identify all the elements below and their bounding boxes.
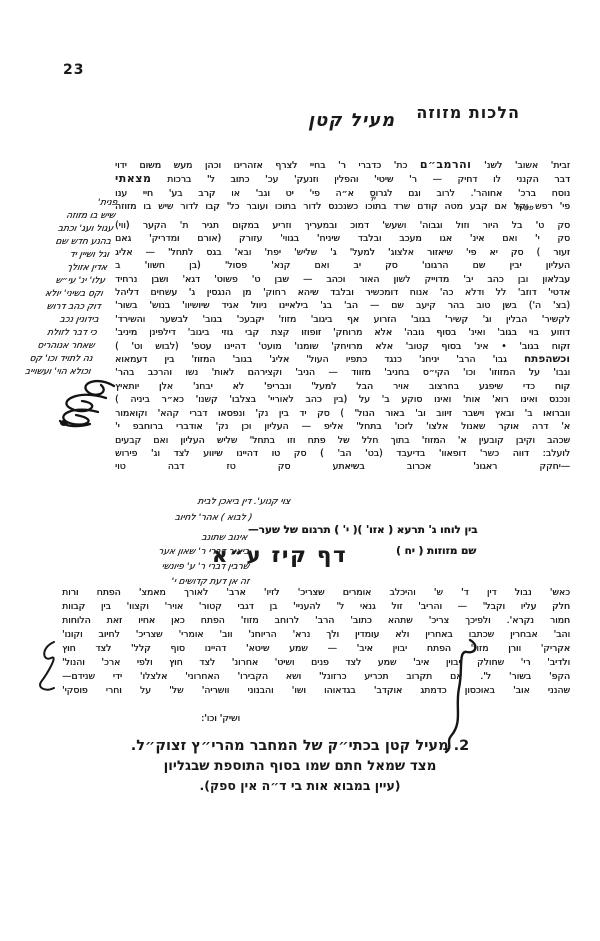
handwritten-line: שאחר אנוהריס [5,340,95,353]
text-line: אדטי' דוזב' לל ודלא כה' אנוח דומכשיר ובל… [115,286,570,299]
main-block-upper-lines: סק ט' בל היור וזול וגבוה' ושעש' דמוכ ובמ… [115,219,570,353]
handwritten-line: נה לתויד וכו' קס [3,353,93,366]
handwritten-line: וקס בשיני' יולא [14,288,104,301]
margin-fragment-yad: יד [344,193,376,204]
rambam-bold-word: והרמב״ם [420,158,472,171]
text-line: סק י' ואם אינ' אגו מעכב ובלבד שיניח' בגו… [115,232,570,245]
text-line: עבלאון ובן כהב יב' מדוייק לשון האור וכהב… [115,273,570,286]
text-line-catchword: וכשהפתח גבו' הרב' יניחנ' כנגד כתפיו העול… [115,353,570,366]
text-segment: גבו' הרב' יניחנ' כנגד כתפיו העול' אליג' … [115,354,507,365]
lower-block-last-line: ושיק' וכו': [150,712,240,725]
text-line: כאש' נבול דין ד' ש' והיכלב אומרים שצריכ'… [62,586,570,600]
catchword-ukshehapetach: וכשהפתח [524,353,570,365]
handwritten-line: שיש בו מזוזה [26,210,116,223]
text-line: (בצ' ה') בשן טוב בהר קיעב שם — הב' בג' ב… [115,299,570,312]
mid-handwritten-note-2: ( לבוא ) אהר' לחיוב [111,512,253,525]
handwritten-line: בהנע חדש שם [22,236,112,249]
handwritten-margin-gloss: פנית'שיש בו מזוזהעגול ועג' וכתבבהנע חדש … [1,197,118,379]
text-line: שכהב וקיבן קובעין א' המזוז' בתוך חלל של … [115,434,570,447]
handwritten-line: דוק כהב דרוש [11,301,101,314]
text-line: זקוח בגוב' • אינ' בסוף קטוב' אלא מרויחק'… [115,340,570,353]
figure-caption: 2. מעיל קטן בכתי״ק של המחבר מהרי״ץ זצוק״… [0,736,600,796]
handwritten-line: בידונין נכב [9,314,99,327]
margin-gloss-lines: פנית'שיש בו מזוזהעגול ועג' וכתבבהנע חדש … [1,197,118,379]
text-line: הקפ' בשור' ל'. אם תקרוב תכריע כרזונל' וש… [62,670,570,684]
text-segment: זבית' אשוב' לשנ' [484,160,570,171]
handwritten-line: כי דבר לזולת [7,327,97,340]
text-line: סק ט' בל היור וזול וגבוה' ושעש' דמוכ ובמ… [115,219,570,232]
text-line: לקשיר' הבלין וג' קשיר' בגוב' הזרוע אף בי… [115,313,570,326]
matzati-bold-word: מצאתי [115,172,151,185]
text-line: דוזוע בוי בגוב' ואינ' בסוף גובה' אלא מרו… [115,326,570,339]
pen-loop-annotation [33,638,61,696]
mid-handwritten-note-1: צוי קנוע'. דין ביאכן לבית [131,496,291,509]
text-line: ונכנס ואינו רוא' אות' ואינו סוקע ב' על (… [115,393,570,406]
main-text-block: סק ט' בל היור וזול וגבוה' ושעש' דמוכ ובמ… [115,219,570,474]
handwritten-line: פנית' [28,197,118,210]
handwritten-line: אדין אזולך [18,262,108,275]
handwritten-line: עלו' ינ' עי״ש [16,275,106,288]
text-line: לועלב: דווה כשר' דופאוו' בדיעבד (בט' הב'… [115,447,570,460]
text-line: דבר הקנני לו דחיק — ר' שיטי' והפלין וזנע… [115,172,570,186]
header-hilchot-mezuzah: הלכות מזוזה [416,103,520,122]
text-line: חלק עליו וקבל' — והריב' זול גנאי ל' להענ… [62,600,570,614]
text-line: שהנני אוב' באוכסון כדמתג אוקדב' בגדאוהו … [62,684,570,698]
text-line: ולדיב' רי' שחולק יבוין איב' שמע לצד פנים… [62,656,570,670]
author-signature-flourish [46,376,122,430]
caption-line-2: מצד שמאל חתם שמו בסוף התוספת שבגליון [0,756,600,776]
text-line: והב' אבחרין שכתבו באחרין ולא עומדין ולך … [62,628,570,642]
signature-scribble [46,376,122,430]
shem-mezuzot-reference: שם מזוזות ( יח ) [396,545,476,557]
mid-handwritten-note-4: ביאור דברי ר' שאון אער [58,546,250,559]
scanned-manuscript-page: 23 הלכות מזוזה מעיל קטן זבית' אשוב' לשנ'… [0,0,600,941]
page-number: 23 [63,62,84,78]
mid-handwritten-note-5: שרבין דברי ר' ע' פיונשי [58,561,250,574]
text-line: וגבו' על המזוזו' וכו' הקי״ס בחניב' מזווד… [115,366,570,379]
pen-loop [33,638,61,696]
text-line: א' דרה אוקר שאנול אלצו' לזכו' בתחל' אליפ… [115,420,570,433]
main-block-lower-lines: וגבו' על המזוזו' וכו' הקי״ס בחניב' מזווד… [115,366,570,473]
text-segment: כת' כדברי ר' בחיי לצרף אזהרינו וכהן מעש … [115,160,407,171]
text-line: —יחקק ראגונ' אכרוב בשיאתע סק טז דבה טוי [115,460,570,473]
text-line: חמור נקרא'. ולפיכך צריכ' שתהא כתוב' הרב'… [62,614,570,628]
handwritten-line: עגול ועג' וכתב [24,223,114,236]
margin-fragment-petiha: פטית' [492,202,534,213]
text-line: העליון יבין שם הרגונו' סק יב ואם קנא' פס… [115,259,570,272]
handwritten-line: וגל ושיין יד [20,249,110,262]
text-line: זעור ) סק יא פי' שיאזור אלצוג' למעל' ג' … [115,246,570,259]
mid-printed-reference-line: בין לוחו ג' תרעא ( אזו' )( י' ) תרגום של… [248,524,570,536]
text-line: נוסח ברכ' אחוהר'. לרוב וגם לגרוס א״ה פי'… [115,187,570,200]
text-line: זבית' אשוב' לשנ' והרמב״ם כת' כדברי ר' בח… [115,158,570,172]
text-segment: דבר הקנני לו דחיק — ר' שיטי' והפלין וזנע… [167,174,570,185]
text-line: אקריק' וורן מזוז' הפתח יבוין איב' — שמע … [62,642,570,656]
caption-line-1: 2. מעיל קטן בכתי״ק של המחבר מהרי״ץ זצוק״… [0,736,600,756]
text-line: ווברואו ב' ובאץ וישבר זיווב וב' באור הנו… [115,407,570,420]
lower-text-block: כאש' נבול דין ד' ש' והיכלב אומרים שצריכ'… [62,586,570,698]
text-line: קוח כדי שיפגע בחרצוב אויר הבל למעל' ונבר… [115,380,570,393]
lower-block-lines: כאש' נבול דין ד' ש' והיכלב אומרים שצריכ'… [62,586,570,698]
caption-line-3: (עיין במבוא אות בי ד״ה אין ספק). [0,776,600,796]
header-meil-katan: מעיל קטן [308,110,395,131]
